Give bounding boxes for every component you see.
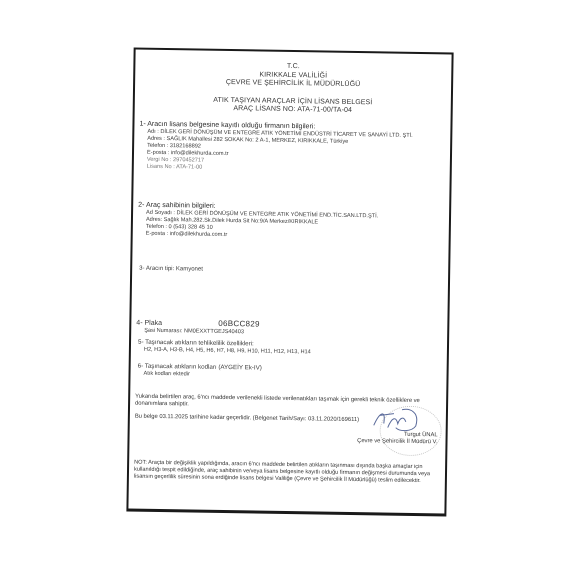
vehicle-type: 3- Aracın tipi: Kamyonet xyxy=(137,266,444,278)
document-title-block: ATIK TAŞIYAN ARAÇLAR İÇİN LİSANS BELGESİ… xyxy=(135,95,451,117)
plate-value: 06BCC829 xyxy=(218,319,260,329)
section-vehicle-type: 3- Aracın tipi: Kamyonet xyxy=(137,266,444,278)
section-waste-codes: 6- Taşınacak atıkların kodları (AYGEİY E… xyxy=(135,363,442,383)
section-plate: 4- Plaka 06BCC829 Şasi Numarası: NM0EXXT… xyxy=(136,318,443,340)
issuer-header: T.C. KIRIKKALE VALİLİĞİ ÇEVRE VE ŞEHİRCİ… xyxy=(135,61,451,92)
section-firm-info: 1- Aracın lisans belgesine kayıtlı olduğ… xyxy=(139,121,447,176)
note-paragraph: NOT: Araçta bir değişiklik yapıldığında,… xyxy=(134,460,439,485)
section-hazard-properties: 5- Taşınacak atıkların tehlikelilik özel… xyxy=(136,339,443,359)
signature-block: Turgut ÜNAL Çevre ve Şehircilik İl Müdür… xyxy=(357,431,438,446)
section-owner-info: 2- Araç sahibinin bilgileri: Ad Soyadı :… xyxy=(138,202,446,243)
signatory-title: Çevre ve Şehircilik İl Müdürü V. xyxy=(357,438,437,446)
license-document: T.C. KIRIKKALE VALİLİĞİ ÇEVRE VE ŞEHİRCİ… xyxy=(126,48,453,517)
